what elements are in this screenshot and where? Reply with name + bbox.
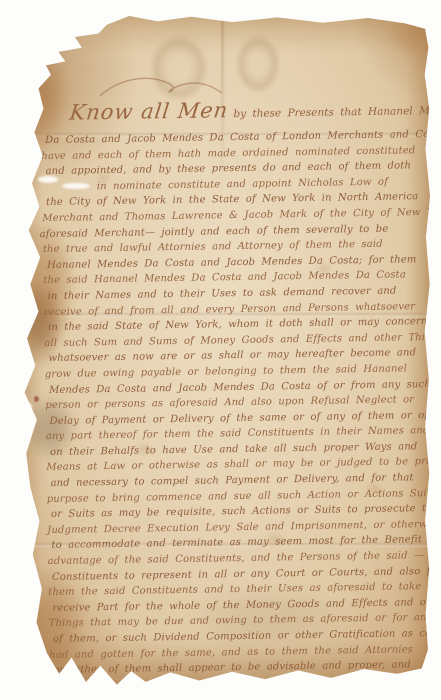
manuscript-paper: Know all Men by these Presents that Hana… xyxy=(18,14,430,690)
photograph-background: Know all Men by these Presents that Hana… xyxy=(0,0,441,700)
manuscript-text: Know all Men by these Presents that Hana… xyxy=(39,91,440,679)
wax-mark xyxy=(34,396,39,402)
embossed-seal xyxy=(150,35,208,101)
abrasion-spot xyxy=(20,402,32,412)
embossed-seal xyxy=(236,35,280,93)
opening-calligraphy: Know all Men xyxy=(68,94,231,129)
manuscript-opening-line: Know all Men by these Presents that Hana… xyxy=(69,91,432,133)
stain xyxy=(386,6,441,58)
